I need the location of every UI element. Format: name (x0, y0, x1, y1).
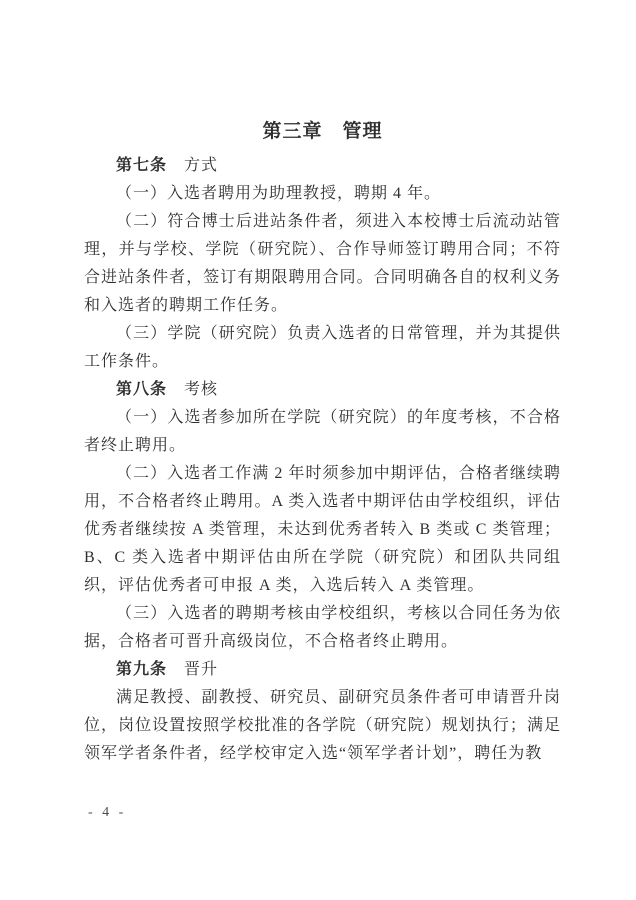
article-title: 考核 (184, 381, 218, 398)
article-number: 第七条 (116, 157, 167, 174)
article-heading: 第八条考核 (84, 376, 561, 404)
paragraph: （一）入选者参加所在学院（研究院）的年度考核，不合格者终止聘用。 (84, 404, 561, 460)
paragraph: 满足教授、副教授、研究员、副研究员条件者可申请晋升岗位，岗位设置按照学校批准的各… (84, 684, 561, 768)
paragraph: （三）学院（研究院）负责入选者的日常管理，并为其提供工作条件。 (84, 320, 561, 376)
article-number: 第八条 (116, 381, 167, 398)
paragraph: （一）入选者聘用为助理教授，聘期 4 年。 (84, 180, 561, 208)
page-number: - 4 - (88, 805, 126, 821)
paragraph: （二）符合博士后进站条件者，须进入本校博士后流动站管理，并与学校、学院（研究院）… (84, 208, 561, 320)
document-page: 第三章 管理 第七条方式 （一）入选者聘用为助理教授，聘期 4 年。 （二）符合… (0, 0, 636, 900)
article-number: 第九条 (116, 661, 167, 678)
article-title: 方式 (184, 157, 218, 174)
document-body: 第七条方式 （一）入选者聘用为助理教授，聘期 4 年。 （二）符合博士后进站条件… (84, 152, 561, 768)
article-heading: 第七条方式 (84, 152, 561, 180)
paragraph: （二）入选者工作满 2 年时须参加中期评估，合格者继续聘用，不合格者终止聘用。A… (84, 460, 561, 600)
article-title: 晋升 (184, 661, 218, 678)
paragraph: （三）入选者的聘期考核由学校组织，考核以合同任务为依据，合格者可晋升高级岗位，不… (84, 600, 561, 656)
article-heading: 第九条晋升 (84, 656, 561, 684)
chapter-title: 第三章 管理 (84, 116, 561, 143)
